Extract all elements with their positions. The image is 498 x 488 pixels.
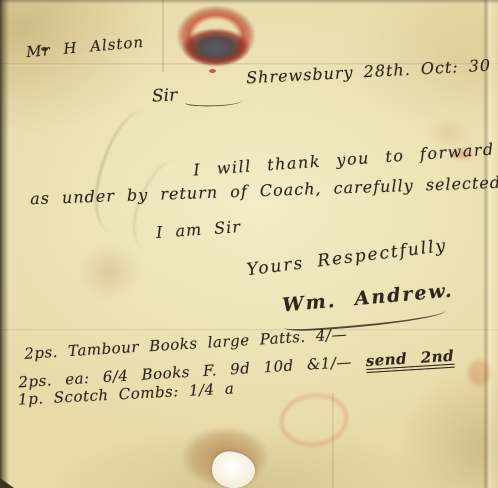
body-line: I will thank you to forward (193, 139, 496, 179)
wax-seal (176, 5, 256, 67)
letter-scan: Mr H Alston Shrewsbury 28th. Oct: 30 Sir… (0, 0, 498, 488)
closing-line: Yours Respectfully (246, 236, 449, 280)
vertical-fold-crease (162, 0, 164, 72)
addressee-line: Mr H Alston (25, 33, 144, 61)
scan-corner-shadow (0, 478, 14, 488)
order-annotation: send 2nd (365, 347, 454, 370)
scan-edge-left (0, 0, 9, 488)
red-smudge (468, 360, 490, 386)
dateline: Shrewsbury 28th. Oct: 30 (246, 56, 492, 88)
wax-seal-speck (209, 69, 216, 73)
scan-edge-top (0, 0, 498, 4)
salutation: Sir (151, 85, 177, 106)
postmark-stamp (277, 390, 352, 451)
pen-flourish (185, 94, 243, 108)
brown-blotch-stain (78, 244, 140, 300)
